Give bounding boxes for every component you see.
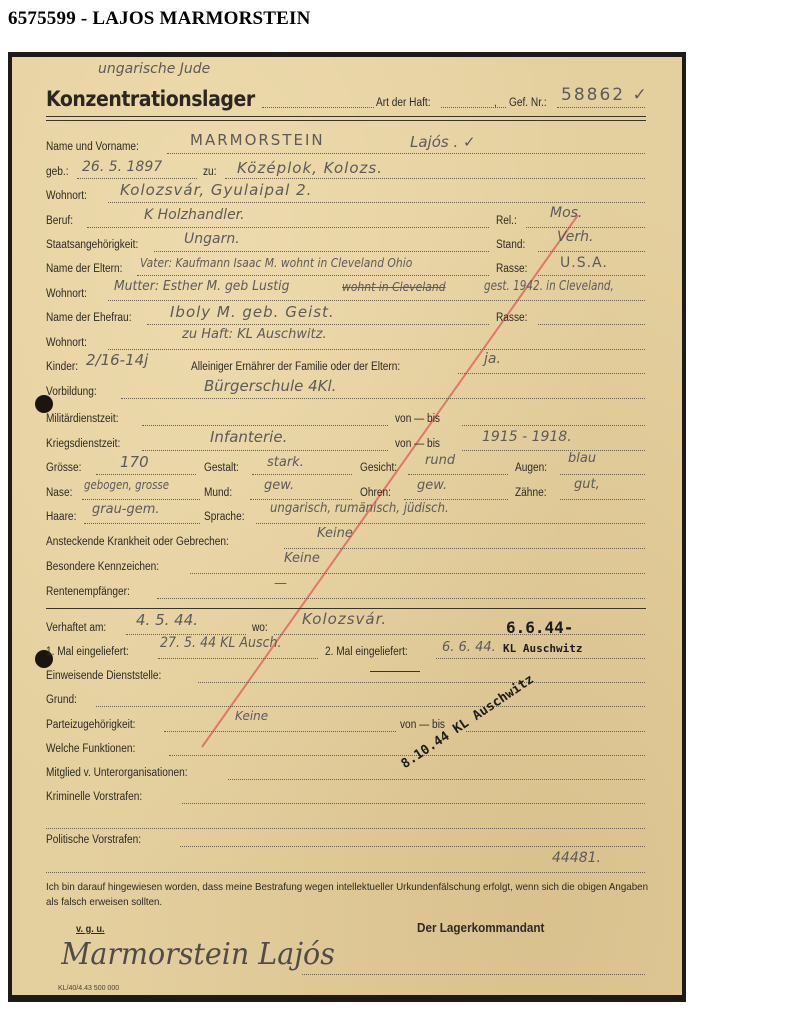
name-label: Name und Vorname:: [46, 141, 139, 153]
build-label: Gestalt:: [204, 462, 239, 474]
citizenship-label: Staatsangehörigkeit:: [46, 239, 138, 251]
reason-label: Grund:: [46, 694, 77, 706]
war-service-label: Kriegsdienstzeit:: [46, 438, 120, 450]
height-label: Grösse:: [46, 462, 81, 474]
arrested-label: Verhaftet am:: [46, 622, 106, 634]
height-value: 170: [120, 453, 149, 471]
von-bis-label: von — bis: [395, 413, 440, 425]
criminal-record-label: Kriminelle Vorstrafen:: [46, 791, 142, 803]
art-der-haft-value: ,: [494, 97, 497, 109]
hair-value: grau-gem.: [92, 502, 160, 517]
language-label: Sprache:: [204, 511, 245, 523]
war-service-value: Infanterie.: [210, 428, 287, 446]
mouth-value: gew.: [264, 478, 294, 493]
struck-text: wohnt in Cleveland: [342, 280, 446, 294]
nose-label: Nase:: [46, 487, 72, 499]
education-value: Bürgerschule 4Kl.: [204, 377, 336, 395]
residence-value: Kolozsvár, Gyulaipal 2.: [120, 181, 312, 199]
zu-label: zu:: [203, 166, 217, 178]
prisoner-signature: Marmorstein Lajós: [61, 937, 335, 972]
disease-value: Keine: [317, 526, 353, 541]
language-value: ungarisch, rumänisch, jüdisch.: [270, 501, 449, 516]
marks-value: Keine: [284, 551, 320, 566]
children-value: 2/16-14j: [86, 351, 148, 369]
second-admission-label: 2. Mal eingeliefert:: [325, 646, 408, 658]
rasse-label: Rasse:: [496, 263, 528, 275]
occupation-value: K Holzhandler.: [144, 207, 245, 223]
wohnort-label: Wohnort:: [46, 337, 87, 349]
wife-residence-value: zu Haft: KL Auschwitz.: [182, 327, 327, 342]
children-label: Kinder:: [46, 361, 78, 373]
authority-label: Einweisende Dienststelle:: [46, 670, 161, 682]
art-der-haft-label: Art der Haft:: [376, 97, 431, 109]
von-bis-label: von — bis: [395, 438, 440, 450]
admission-place-stamp: KL Auschwitz: [503, 642, 582, 655]
provider-value: ja.: [484, 351, 501, 367]
von-bis-label: von — bis: [400, 719, 445, 731]
mother-death-value: gest. 1942. in Cleveland,: [484, 279, 614, 294]
eyes-value: blau: [568, 451, 596, 466]
rasse-value: U.S.A.: [560, 255, 608, 271]
citizenship-value: Ungarn.: [184, 231, 240, 247]
prisoner-registration-card: ungarische Jude Konzentrationslager Art …: [12, 57, 682, 995]
build-value: stark.: [267, 455, 304, 470]
teeth-value: gut,: [574, 477, 600, 492]
gef-nr-value: 58862 ✓: [561, 85, 649, 105]
commandant-label: Der Lagerkommandant: [417, 920, 544, 935]
declaration-text: Ich bin darauf hingewiesen worden, dass …: [46, 880, 651, 910]
birth-date-value: 26. 5. 1897: [82, 159, 162, 175]
hair-label: Haare:: [46, 511, 76, 523]
vgu-label: v. g. u.: [76, 923, 105, 935]
form-heading: Konzentrationslager: [46, 87, 255, 111]
birth-place-value: Középlok, Kolozs.: [237, 159, 383, 177]
pension-label: Rentenempfänger:: [46, 586, 130, 598]
gef-nr-label: Gef. Nr.:: [509, 97, 547, 109]
wohnort-label: Wohnort:: [46, 288, 87, 300]
wohnort-label: Wohnort:: [46, 190, 87, 202]
marks-label: Besondere Kennzeichen:: [46, 561, 159, 573]
print-code: KL/40/4.43 500 000: [58, 985, 119, 992]
rel-label: Rel.:: [496, 215, 517, 227]
military-service-label: Militärdienstzeit:: [46, 413, 119, 425]
wife-value: Iboly M. geb. Geist.: [170, 303, 335, 321]
second-admission-value: 6. 6. 44.: [442, 640, 496, 655]
party-label: Parteizugehörigkeit:: [46, 719, 135, 731]
geb-label: geb.:: [46, 166, 69, 178]
parents-value: Vater: Kaufmann Isaac M. wohnt in Clevel…: [140, 255, 412, 270]
number-value: 44481.: [552, 850, 601, 866]
functions-label: Welche Funktionen:: [46, 743, 135, 755]
education-label: Vorbildung:: [46, 386, 97, 398]
stand-label: Stand:: [496, 239, 525, 251]
beruf-label: Beruf:: [46, 215, 73, 227]
first-admission-label: 1. Mal eingeliefert:: [46, 646, 129, 658]
party-value: Keine: [235, 709, 268, 723]
page-title: 6575599 - LAJOS MARMORSTEIN: [8, 8, 311, 30]
admission-date-stamp: 6.6.44-: [506, 618, 573, 637]
pension-value: —: [274, 576, 287, 591]
teeth-label: Zähne:: [515, 487, 547, 499]
face-value: rund: [425, 453, 455, 468]
disease-label: Ansteckende Krankheit oder Gebrechen:: [46, 536, 229, 548]
marital-status-value: Verh.: [557, 229, 593, 245]
face-label: Gesicht:: [360, 462, 397, 474]
arrest-place-value: Kolozsvár.: [302, 610, 387, 628]
parents-label: Name der Eltern:: [46, 263, 123, 275]
provider-label: Alleiniger Ernährer der Familie oder der…: [191, 361, 400, 373]
annotation-top: ungarische Jude: [98, 61, 210, 77]
mother-value: Mutter: Esther M. geb Lustig: [114, 279, 289, 294]
wo-label: wo:: [252, 622, 268, 634]
mouth-label: Mund:: [204, 487, 232, 499]
arrested-value: 4. 5. 44.: [136, 611, 198, 629]
political-record-label: Politische Vorstrafen:: [46, 834, 141, 846]
ears-value: gew.: [417, 478, 447, 493]
name-value: MARMORSTEIN: [190, 131, 325, 149]
wife-label: Name der Ehefrau:: [46, 312, 132, 324]
eyes-label: Augen:: [515, 462, 547, 474]
religion-value: Mos.: [550, 205, 582, 221]
war-service-dates: 1915 - 1918.: [482, 429, 572, 445]
nose-value: gebogen, grosse: [84, 478, 169, 492]
first-name-value: Lajós . ✓: [410, 133, 476, 151]
first-admission-value: 27. 5. 44 KL Ausch.: [160, 635, 281, 651]
ears-label: Ohren:: [360, 487, 391, 499]
membership-label: Mitglied v. Unterorganisationen:: [46, 767, 188, 779]
rasse-label: Rasse:: [496, 312, 528, 324]
